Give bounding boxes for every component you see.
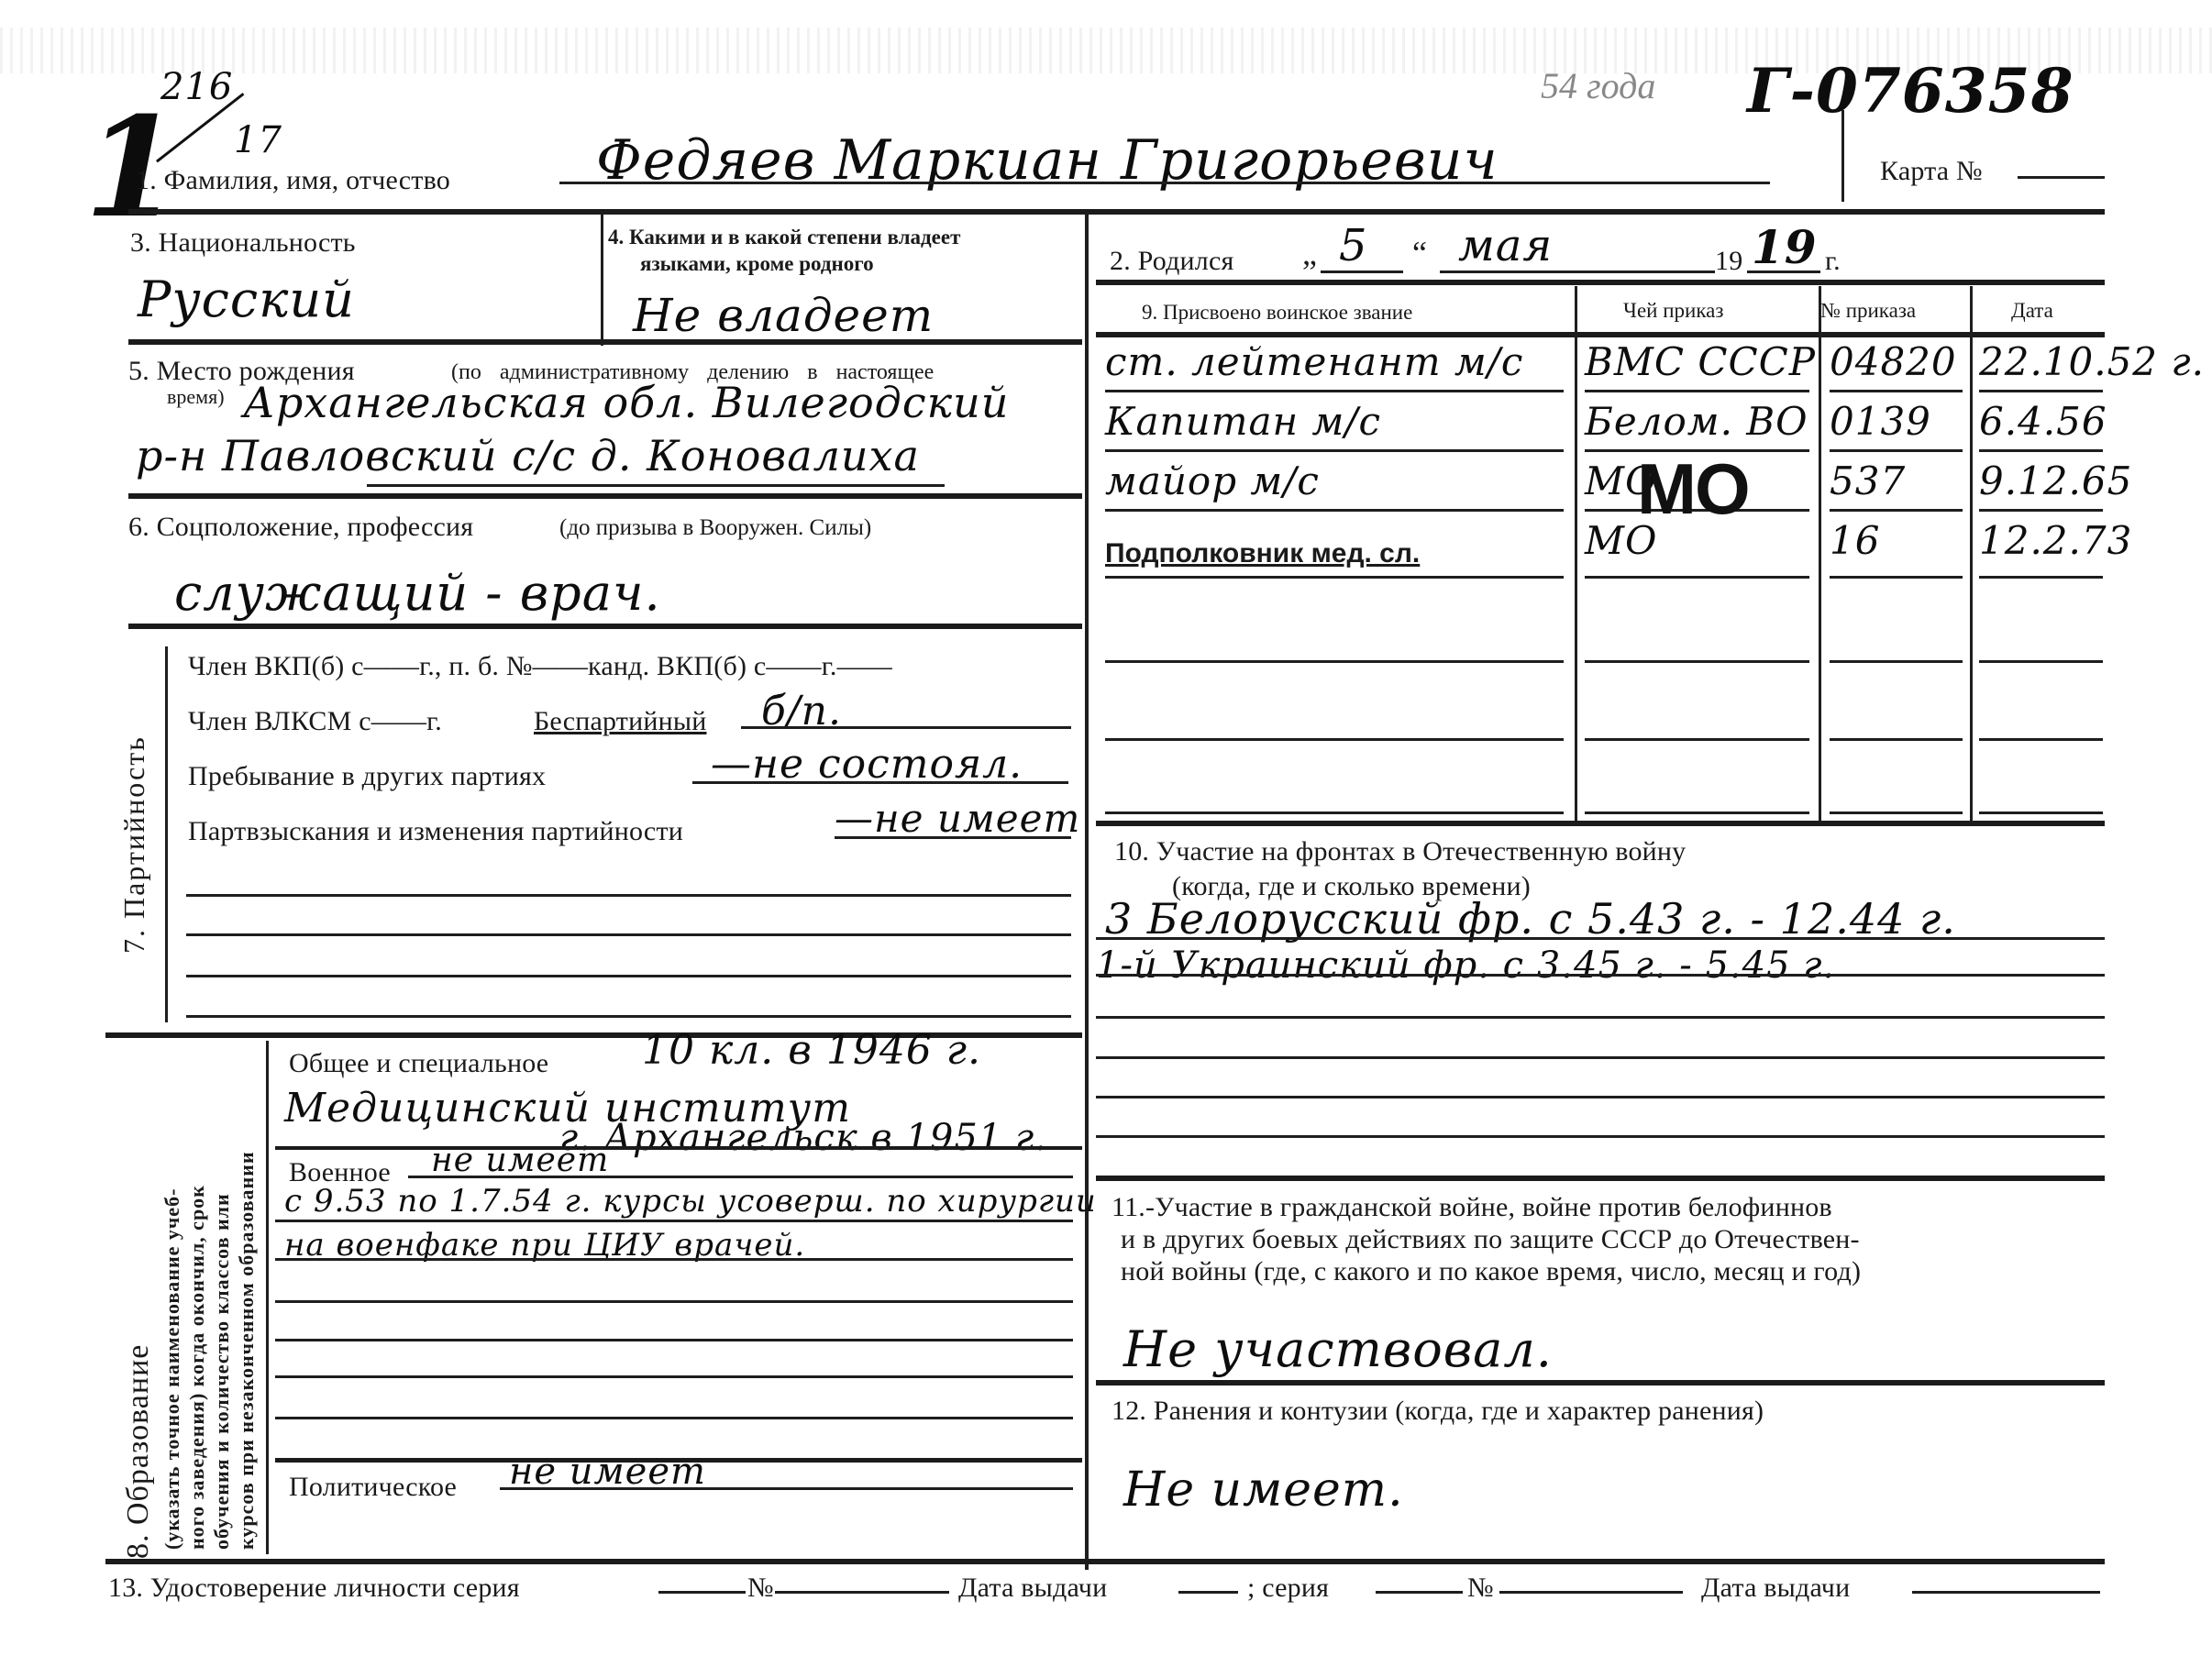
birth-day: 5 [1339, 220, 1368, 271]
front-entry-1: 3 Белорусский фр. с 5.43 г. - 12.44 г. [1105, 894, 1956, 944]
fraction-top: 216 [160, 66, 233, 108]
order-no-col-header: № приказа [1820, 299, 1916, 323]
rank-cell-order: 537 [1830, 458, 1906, 503]
serial-number: Г-076358 [1747, 55, 2074, 127]
front-entry-2: 1-й Украинский фр. с 3.45 г. - 5.45 г. [1096, 944, 1835, 987]
field5-note2: время) [167, 385, 225, 409]
rank-cell-order: 0139 [1830, 399, 1931, 444]
mo-stamp: МО [1637, 447, 1749, 531]
field7-line4-value: —не имеет [835, 796, 1080, 841]
field11-label-2: и в других боевых действиях по защите СС… [1121, 1224, 1860, 1255]
field1-label: 1. Фамилия, имя, отчество [136, 165, 450, 196]
rank-cell-order: 16 [1830, 518, 1880, 563]
field13-series2: ; серия [1247, 1573, 1329, 1604]
rank-col-header: 9. Присвоено воинское звание [1142, 301, 1412, 325]
field4-label-2: языками, кроме родного [640, 252, 874, 276]
rank-cell-rank: Подполковник мед. сл. [1105, 538, 1420, 569]
field13-date-issued: Дата выдачи [958, 1573, 1107, 1604]
field7-line1: Член ВКП(б) с——г., п. б. №——канд. ВКП(б)… [188, 651, 892, 682]
field5-value-2: р-н Павловский с/с д. Коновалиха [136, 431, 920, 480]
rank-cell-by: Белом. ВО [1585, 399, 1808, 444]
field3-value: Русский [138, 270, 355, 328]
field8-note-1: (указать точное наименование учеб- [160, 1188, 184, 1550]
rank-cell-date: 22.10.52 г. [1979, 339, 2205, 384]
birth-year-suffix: 19 [1752, 220, 1818, 274]
field11-label-3: ной войны (где, с какого и по какое врем… [1121, 1256, 1861, 1287]
order-by-col-header: Чей приказ [1623, 299, 1723, 323]
military-education-value-2: с 9.53 по 1.7.54 г. курсы усоверш. по хи… [284, 1183, 1097, 1220]
fraction-bottom: 17 [234, 119, 282, 161]
field8-note-3: обучения и количество классов или [210, 1193, 234, 1550]
rank-cell-date: 12.2.73 [1979, 518, 2132, 563]
field13-label: 13. Удостоверение личности серия [108, 1573, 520, 1604]
field13-no: № [747, 1573, 774, 1604]
general-education-label: Общее и специальное [289, 1048, 548, 1079]
card-label: Карта № [1880, 156, 1983, 187]
political-education-label: Политическое [289, 1472, 457, 1503]
field6-note: (до призыва в Вооружен. Силы) [559, 515, 871, 541]
field11-value: Не участвовал. [1123, 1320, 1553, 1378]
field7-line2-bespart: Беспартийный [534, 706, 706, 737]
field8-note-4: курсов при незаконченном образовании [235, 1151, 259, 1550]
rank-cell-order: 04820 [1830, 339, 1957, 384]
field7-line2-label: Член ВЛКСМ с——г. [188, 706, 442, 737]
field10-label-1: 10. Участие на фронтах в Отечественную в… [1114, 836, 1686, 867]
rank-cell-rank: ст. лейтенант м/с [1105, 339, 1523, 384]
field7-line3-label: Пребывание в других партиях [188, 761, 546, 792]
field12-label: 12. Ранения и контузии (когда, где и хар… [1112, 1396, 1764, 1427]
birth-year-prefix: 19 [1715, 246, 1742, 277]
rank-cell-rank: майор м/с [1105, 458, 1320, 503]
birth-year-unit: г. [1825, 246, 1841, 277]
rank-cell-date: 9.12.65 [1979, 458, 2132, 503]
birth-month: мая [1458, 220, 1553, 271]
field7-side-label: 7. Партийность [117, 735, 151, 954]
rank-cell-rank: Капитан м/с [1105, 399, 1381, 444]
field7-line4-label: Партвзыскания и изменения партийности [188, 816, 683, 847]
rank-cell-date: 6.4.56 [1979, 399, 2107, 444]
field3-label: 3. Национальность [130, 227, 356, 259]
general-education-value-1: 10 кл. в 1946 г. [642, 1027, 981, 1074]
military-education-value-1: не имеет [431, 1142, 609, 1179]
field6-label: 6. Соцположение, профессия [128, 512, 473, 543]
general-education-value-3: г. Архангельск в 1951 г. [559, 1117, 1047, 1159]
field11-label-1: 11.-Участие в гражданской войне, войне п… [1112, 1192, 1832, 1223]
pencil-note: 54 года [1541, 64, 1655, 107]
field4-label-1: 4. Какими и в какой степени владеет [608, 226, 960, 249]
field4-value: Не владеет [633, 289, 934, 342]
rank-cell-by: ВМС СССР [1585, 339, 1816, 384]
field8-side-label: 8. Образование [121, 1344, 156, 1559]
field5-value-1: Архангельская обл. Вилегодский [243, 378, 1009, 427]
field13-no2: № [1467, 1573, 1494, 1604]
field8-note-2: ного заведения) когда окончил, срок [185, 1185, 209, 1550]
date-col-header: Дата [2011, 299, 2053, 323]
field6-value: служащий - врач. [174, 564, 661, 622]
field2-label: 2. Родился [1110, 246, 1233, 277]
field12-value: Не имеет. [1123, 1463, 1404, 1518]
field13-date-issued2: Дата выдачи [1701, 1573, 1850, 1604]
